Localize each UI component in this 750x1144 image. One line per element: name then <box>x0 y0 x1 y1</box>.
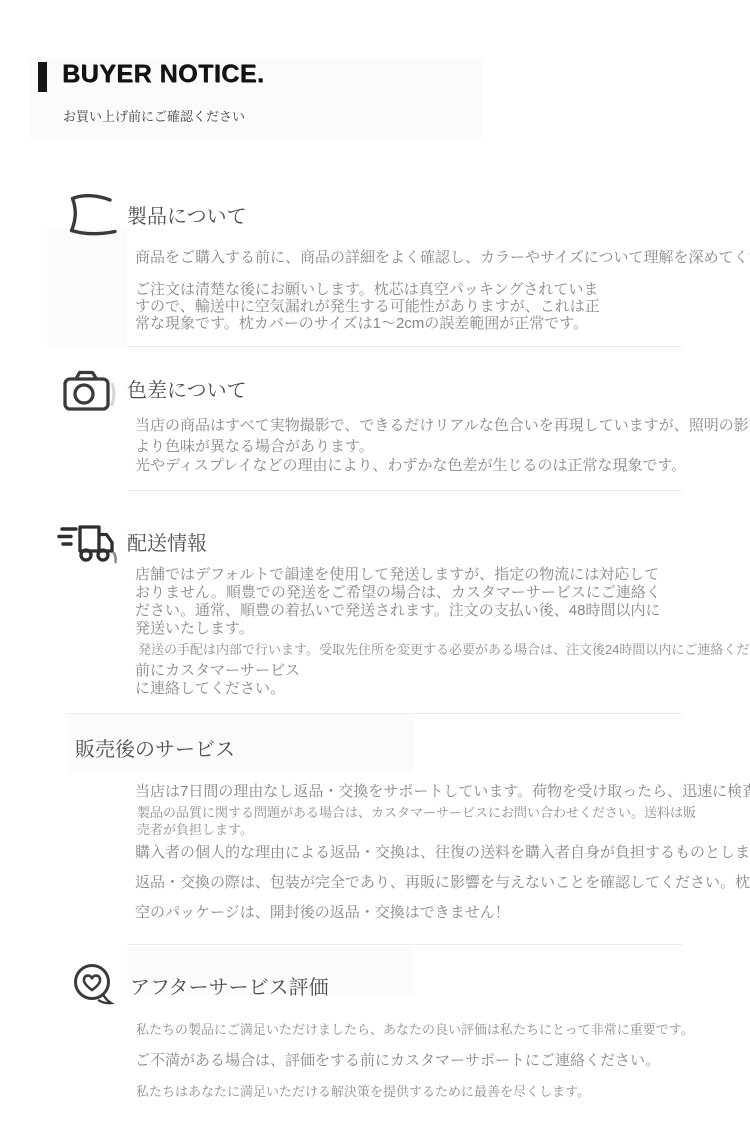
text-line: 常な現象です。枕カバーのサイズは1〜2cmの誤差範囲が正常です。 <box>135 315 600 332</box>
text-line: 売者が負担します。 <box>137 821 696 838</box>
section-title-shipping: 配送情報 <box>127 527 207 556</box>
heart-bubble-icon <box>68 960 122 1012</box>
after-sales-paragraph-2: 製品の品質に関する問題がある場合は、カスタマーサービスにお問い合わせください。送… <box>137 804 696 838</box>
product-paragraph-2: ご注文は清楚な後にお願いします。枕芯は真空パッキングされていま すので、輸送中に… <box>135 281 600 332</box>
text-line: 発送いたします。 <box>135 620 661 638</box>
text-line: 店舗ではデフォルトで韻達を使用して発送しますが、指定の物流には対応して <box>135 566 661 584</box>
text-line: ださい。通常、順豊の着払いで発送されます。注文の支払い後、48時間以内に <box>135 602 661 620</box>
text-line: 製品の品質に関する問題がある場合は、カスタマーサービスにお問い合わせください。送… <box>137 804 696 821</box>
after-sales-paragraph-3: 購入者の個人的な理由による返品・交換は、往復の送料を購入者自身が負担するものとし… <box>135 844 750 862</box>
after-sales-paragraph-5: 空のパッケージは、開封後の返品・交換はできません！ <box>135 904 510 922</box>
product-paragraph-1: 商品をご購入する前に、商品の詳細をよく確認し、カラーやサイズについて理解を深めて… <box>135 249 750 267</box>
page-subtitle: お買い上げ前にご確認ください <box>63 106 245 125</box>
shipping-paragraph-2: 発送の手配は内部で行います。受取先住所を変更する必要がある場合は、注文後24時間… <box>138 641 750 658</box>
after-sales-paragraph-4: 返品・交換の際は、包装が完全であり、再販に影響を与えないことを確認してください。… <box>135 874 750 892</box>
truck-icon <box>56 517 122 569</box>
header-accent-bar <box>38 62 47 92</box>
section-divider <box>68 713 682 714</box>
section-title-service-rating: アフターサービス評価 <box>130 971 329 1000</box>
section-title-color-difference: 色差について <box>127 374 247 403</box>
rating-paragraph-1: 私たちの製品にご満足いただけましたら、あなたの良い評価は私たちにとって非常に重要… <box>136 1021 694 1038</box>
camera-icon <box>60 366 120 418</box>
text-line: より色味が異なる場合があります。 <box>135 436 750 457</box>
section-title-after-sales: 販売後のサービス <box>75 733 235 762</box>
section-divider <box>128 346 682 347</box>
text-line: 前にカスタマーサービス <box>135 662 300 680</box>
text-line: ご注文は清楚な後にお願いします。枕芯は真空パッキングされていま <box>135 281 600 298</box>
section-divider <box>128 944 682 945</box>
color-paragraph-2: 光やディスプレイなどの理由により、わずかな色差が生じるのは正常な現象です。 <box>135 457 686 475</box>
background-patch <box>47 228 127 346</box>
section-title-product: 製品について <box>127 200 247 229</box>
buyer-notice-page: BUYER NOTICE. お買い上げ前にご確認ください 製品について 商品をご… <box>0 0 750 1144</box>
text-line: おりません。順豊での発送をご希望の場合は、カスタマーサービスにご連絡く <box>135 584 661 602</box>
text-line: に連絡してください。 <box>135 680 300 698</box>
shipping-paragraph-3: 前にカスタマーサービス に連絡してください。 <box>135 662 300 698</box>
after-sales-paragraph-1: 当店は7日間の理由なし返品・交換をサポートしています。荷物を受け取ったら、迅速に… <box>135 783 750 801</box>
color-paragraph-1: 当店の商品はすべて実物撮影で、できるだけリアルな色合いを再現していますが、照明の… <box>135 415 750 457</box>
shipping-paragraph-1: 店舗ではデフォルトで韻達を使用して発送しますが、指定の物流には対応して おりませ… <box>135 566 661 638</box>
text-line: すので、輸送中に空気漏れが発生する可能性がありますが、これは正 <box>135 298 600 315</box>
section-divider <box>128 490 682 491</box>
pillow-icon <box>63 191 119 241</box>
text-line: 当店の商品はすべて実物撮影で、できるだけリアルな色合いを再現していますが、照明の… <box>135 415 750 436</box>
rating-paragraph-2: ご不満がある場合は、評価をする前にカスタマーサポートにご連絡ください。 <box>135 1052 660 1070</box>
page-title: BUYER NOTICE. <box>62 60 264 89</box>
rating-paragraph-3: 私たちはあなたに満足いただける解決策を提供するために最善を尽くします。 <box>136 1083 590 1100</box>
